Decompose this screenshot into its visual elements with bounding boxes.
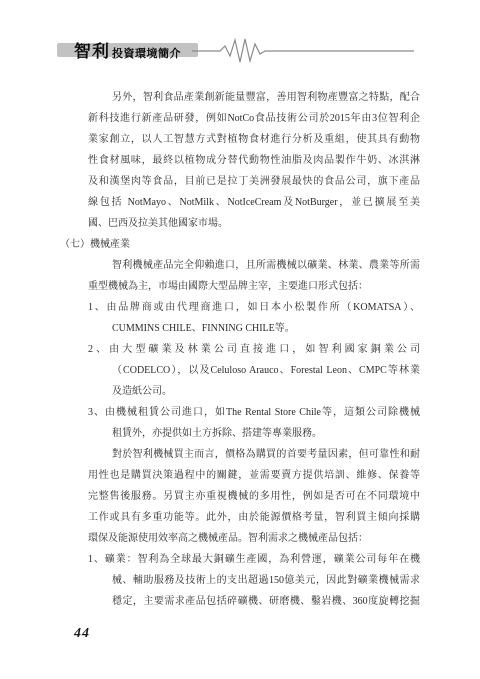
zigzag-line-icon bbox=[192, 37, 422, 65]
list-item-line: 1、礦業：智利為全球最大銅礦生產國，為利營運，礦業公司每年在機 bbox=[60, 549, 420, 570]
text-line: 完整售後服務。另買主亦重視機械的多用性，例如是否可在不同環境中 bbox=[60, 486, 420, 507]
section-heading: （七）機械產業 bbox=[60, 234, 420, 255]
text-line: 工作或具有多重功能等。此外，由於能源價格考量，智利買主傾向採購 bbox=[60, 507, 420, 528]
text-line: 性食材風味，最終以植物成分替代動物性油脂及肉品製作牛奶、冰淇淋 bbox=[60, 150, 420, 171]
text-line: 業家創立，以人工智慧方式對植物食材進行分析及重組，使其具有動物 bbox=[60, 129, 420, 150]
document-page: 智利 投資環境簡介 另外，智利食品產業創新能量豐富，善用智利物產豐富之特點，配合… bbox=[0, 0, 480, 679]
document-body: 另外，智利食品產業創新能量豐富，善用智利物產豐富之特點，配合 新科技進行新產品研… bbox=[60, 87, 420, 612]
text-line: 環保及能源使用效率高之機械產品。智利需求之機械產品包括： bbox=[60, 528, 420, 549]
text-line: 對於智利機械買主而言，價格為購買的首要考量因素，但可靠性和耐 bbox=[60, 444, 420, 465]
text-line: 智利機械產品完全仰賴進口，且所需機械以礦業、林業、農業等所需 bbox=[60, 255, 420, 276]
text-line: 國、巴西及拉美其他國家市場。 bbox=[60, 213, 420, 234]
list-item-line: 穩定，主要需求產品包括碎礦機、研磨機、鑿岩機、360度旋轉挖掘 bbox=[60, 591, 420, 612]
list-item-line: CUMMINS CHILE、FINNING CHILE等。 bbox=[60, 318, 420, 339]
list-item-line: 3、由機械租賃公司進口，如The Rental Store Chile等，這類公… bbox=[60, 402, 420, 423]
page-title-sub: 投資環境簡介 bbox=[112, 45, 181, 61]
text-line: 新科技進行新產品研發，例如NotCo食品技術公司於2015年由3位智利企 bbox=[60, 108, 420, 129]
text-line: 重型機械為主，市場由國際大型品牌主宰，主要進口形式包括： bbox=[60, 276, 420, 297]
text-line: 線包括 NotMayo、NotMilk、NotIceCream及NotBurge… bbox=[60, 192, 420, 213]
list-item-line: 及造紙公司。 bbox=[60, 381, 420, 402]
text-line: 另外，智利食品產業創新能量豐富，善用智利物產豐富之特點，配合 bbox=[60, 87, 420, 108]
text-line: 及和漢堡肉等食品，目前已是拉丁美洲發展最快的食品公司，旗下產品 bbox=[60, 171, 420, 192]
list-item-line: 2、由大型礦業及林業公司直接進口，如智利國家銅業公司 bbox=[60, 339, 420, 360]
list-item-line: 租賃外，亦提供如土方拆除、搭建等專業服務。 bbox=[60, 423, 420, 444]
page-number: 44 bbox=[74, 626, 90, 642]
page-header: 智利 投資環境簡介 bbox=[0, 0, 480, 70]
page-title: 智利 投資環境簡介 bbox=[74, 37, 181, 62]
list-item-line: 1、由品牌商或由代理商進口，如日本小松製作所（KOMATSA）、 bbox=[60, 297, 420, 318]
text-line: 用性也是購買決策過程中的關鍵，並需要賣方提供培訓、維修、保養等 bbox=[60, 465, 420, 486]
page-title-main: 智利 bbox=[74, 37, 110, 62]
list-item-line: （CODELCO），以及Celuloso Arauco、Forestal Leo… bbox=[60, 360, 420, 381]
list-item-line: 械、輔助服務及技術上的支出超過150億美元，因此對礦業機械需求 bbox=[60, 570, 420, 591]
